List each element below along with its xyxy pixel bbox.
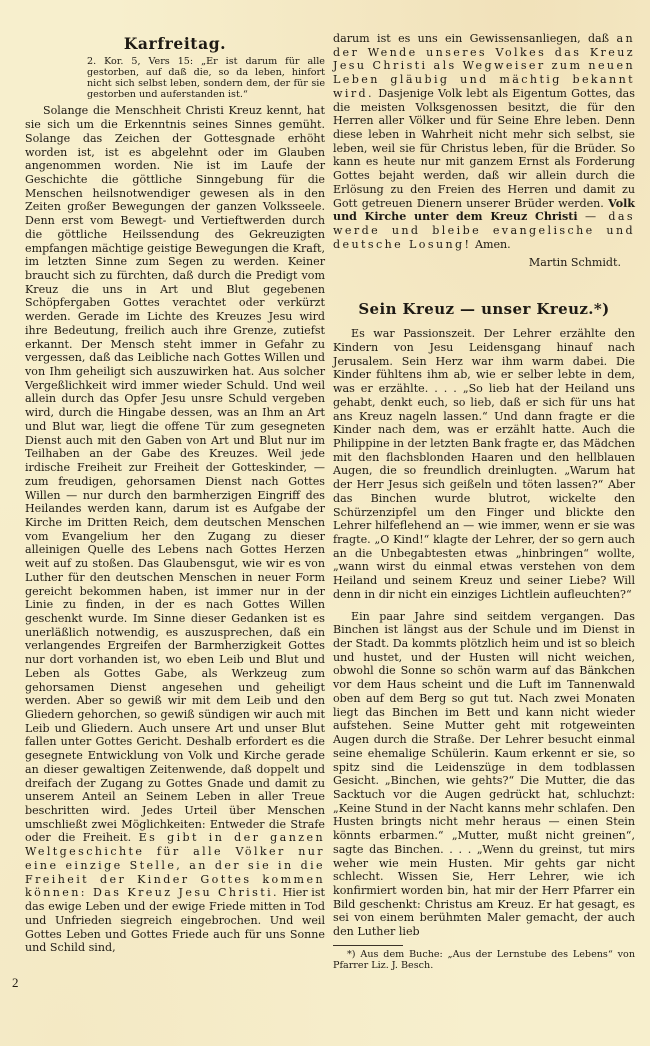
author-signature: Martin Schmidt. [333,256,621,270]
article-body-continued: darum ist es uns ein Gewissensanliegen, … [333,32,635,252]
story-paragraph-2: Ein paar Jahre sind seitdem vergangen. D… [333,610,635,939]
article-title-sein-kreuz: Sein Kreuz — unser Kreuz.*) [333,301,635,317]
book-page: Karfreitag. 2. Kor. 5, Vers 15: „Er ist … [0,0,650,1046]
left-column: Karfreitag. 2. Kor. 5, Vers 15: „Er ist … [25,32,325,955]
body-text: darum ist es uns ein Gewissensanliegen, … [333,32,609,45]
article-body-paragraph: Solange die Menschheit Christi Kreuz ken… [25,104,325,955]
right-column: darum ist es uns ein Gewissensanliegen, … [333,32,635,971]
footnote-divider [333,945,403,946]
body-text: Solange die Menschheit Christi Kreuz ken… [25,104,325,844]
body-text: Dasjenige Volk lebt als Eigentum Gottes,… [333,87,635,210]
bible-verse-motto: 2. Kor. 5, Vers 15: „Er ist darum für al… [87,56,325,100]
story-paragraph-1: Es war Passionszeit. Der Lehrer erzählte… [333,327,635,601]
paragraph-gap [333,602,635,610]
article-title-karfreitag: Karfreitag. [25,36,325,52]
footnote: *) Aus dem Buche: „Aus der Lernstube des… [333,949,635,971]
page-number: 2 [12,975,19,991]
amen-text: Amen. [475,238,511,251]
